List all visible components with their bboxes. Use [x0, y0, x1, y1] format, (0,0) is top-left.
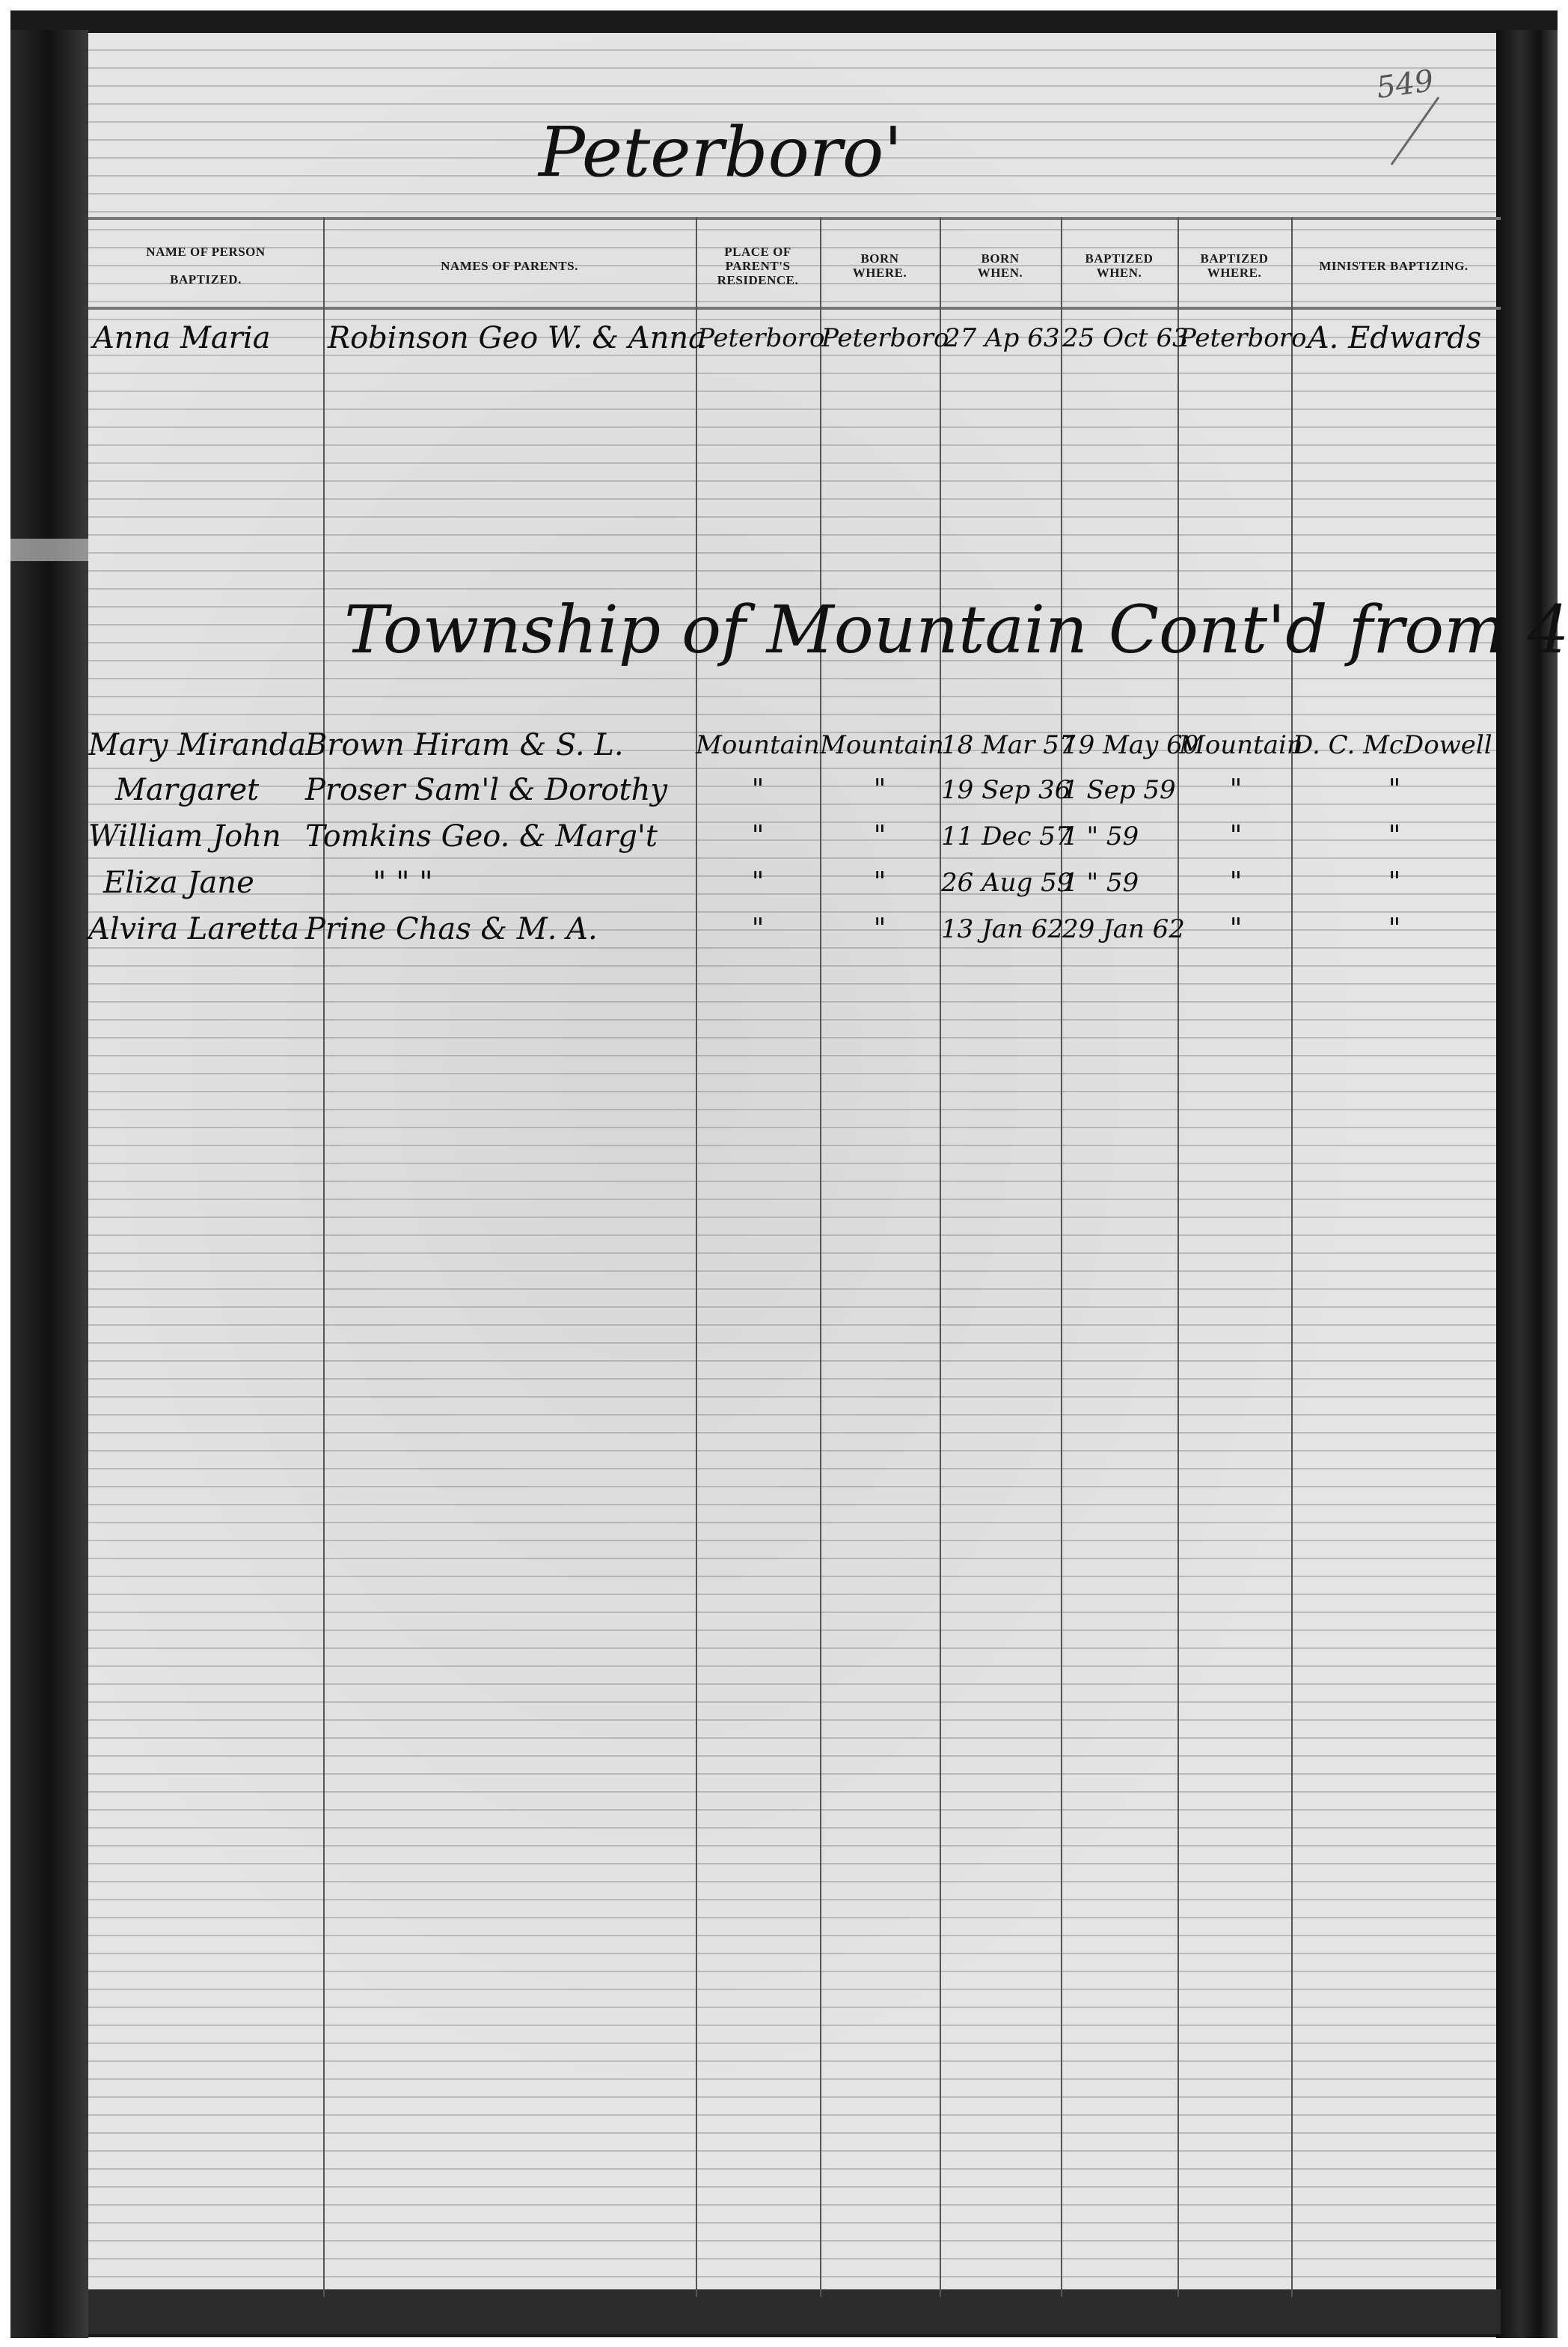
- header-text: NAMES OF PARENTS.: [441, 259, 578, 273]
- header-text: PLACE OF: [724, 245, 791, 259]
- baptized-when: 1 " 59: [1062, 860, 1179, 899]
- header-top-rule: [88, 217, 1501, 220]
- parents-residence: ": [696, 768, 820, 807]
- parents-names: " " ": [373, 860, 687, 899]
- header-text: WHEN.: [1097, 266, 1142, 280]
- register-entry: Margaret Proser Sam'l & Dorothy " " 19 S…: [88, 768, 1501, 807]
- baptized-where: ": [1179, 907, 1293, 946]
- person-name: Anna Maria: [93, 316, 323, 355]
- header-born-when: BORN WHEN.: [940, 224, 1061, 307]
- column-divider: [820, 217, 821, 2297]
- header-text: PARENT'S: [726, 259, 791, 273]
- column-divider: [323, 217, 325, 2297]
- header-text: WHERE.: [853, 266, 907, 280]
- header-text: BORN: [981, 251, 1019, 266]
- header-place-of-residence: PLACE OF PARENT'S RESIDENCE.: [696, 224, 820, 307]
- column-divider: [1177, 217, 1179, 2297]
- minister: ": [1293, 860, 1496, 899]
- header-text: WHEN.: [978, 266, 1023, 280]
- born-where: ": [820, 768, 940, 807]
- born-where: Mountain: [820, 723, 940, 762]
- born-when: 11 Dec 57: [941, 814, 1061, 853]
- born-when: 26 Aug 59: [941, 860, 1061, 899]
- born-where: ": [820, 814, 940, 853]
- parents-names: Proser Sam'l & Dorothy: [305, 768, 676, 807]
- baptized-where: ": [1179, 814, 1293, 853]
- header-name-of-person: NAME OF PERSON BAPTIZED.: [88, 224, 323, 307]
- header-bottom-rule: [88, 307, 1501, 310]
- minister: ": [1293, 814, 1496, 853]
- born-when: 13 Jan 62: [941, 907, 1061, 946]
- spine-band: [10, 539, 88, 561]
- register-entry: Anna Maria Robinson Geo W. & Anna Peterb…: [88, 316, 1501, 355]
- header-born-where: BORN WHERE.: [820, 224, 940, 307]
- person-name: Mary Miranda: [88, 723, 323, 762]
- person-name: Margaret: [115, 768, 325, 807]
- parents-residence: ": [696, 860, 820, 899]
- register-entry: Mary Miranda Brown Hiram & S. L. Mountai…: [88, 723, 1501, 762]
- parents-names: Prine Chas & M. A.: [305, 907, 676, 946]
- register-entry: Alvira Laretta Prine Chas & M. A. " " 13…: [88, 907, 1501, 946]
- register-page: [88, 33, 1501, 2304]
- header-text: BAPTIZED: [1085, 251, 1154, 266]
- baptized-when: 1 " 59: [1062, 814, 1179, 853]
- header-baptized-when: BAPTIZED WHEN.: [1061, 224, 1177, 307]
- baptized-when: 29 Jan 62: [1062, 907, 1179, 946]
- column-divider: [940, 217, 941, 2297]
- baptized-where: Peterboro: [1179, 316, 1293, 355]
- parents-names: Brown Hiram & S. L.: [305, 723, 676, 762]
- parents-names: Robinson Geo W. & Anna: [328, 316, 698, 355]
- header-names-of-parents: NAMES OF PARENTS.: [323, 224, 696, 307]
- born-when: 27 Ap 63: [944, 316, 1064, 355]
- book-edge-right: [1496, 30, 1558, 2338]
- header-baptized-where: BAPTIZED WHERE.: [1177, 224, 1291, 307]
- baptized-when: 25 Oct 63: [1062, 316, 1179, 355]
- parents-residence: Mountain: [696, 723, 820, 762]
- column-divider: [696, 217, 697, 2297]
- header-minister-baptizing: MINISTER BAPTIZING.: [1291, 224, 1496, 307]
- parents-names: Tomkins Geo. & Marg't: [305, 814, 676, 853]
- born-where: Peterboro: [821, 316, 941, 355]
- register-entry: William John Tomkins Geo. & Marg't " " 1…: [88, 814, 1501, 853]
- born-when: 19 Sep 36: [941, 768, 1061, 807]
- header-text: BAPTIZED: [1201, 251, 1269, 266]
- person-name: William John: [88, 814, 323, 853]
- section-title-peterboro: Peterboro': [539, 112, 903, 192]
- baptized-where: Mountain: [1179, 723, 1293, 762]
- section-title-mountain: Township of Mountain Cont'd from 482: [344, 591, 1568, 668]
- baptized-where: ": [1179, 768, 1293, 807]
- header-text: MINISTER BAPTIZING.: [1319, 259, 1468, 273]
- parents-residence: ": [696, 814, 820, 853]
- header-text: WHERE.: [1207, 266, 1261, 280]
- parents-residence: ": [696, 907, 820, 946]
- baptized-when: 1 Sep 59: [1062, 768, 1179, 807]
- minister: A. Edwards: [1293, 316, 1496, 355]
- header-text: NAME OF PERSON: [146, 245, 265, 259]
- register-entry: Eliza Jane " " " " " 26 Aug 59 1 " 59 " …: [88, 860, 1501, 899]
- born-where: ": [820, 907, 940, 946]
- minister: ": [1293, 768, 1496, 807]
- column-divider: [1291, 217, 1293, 2297]
- header-text: BAPTIZED.: [170, 272, 242, 287]
- person-name: Eliza Jane: [103, 860, 323, 899]
- header-text: BORN: [860, 251, 898, 266]
- born-where: ": [820, 860, 940, 899]
- baptized-where: ": [1179, 860, 1293, 899]
- minister: D. C. McDowell: [1293, 723, 1496, 762]
- parents-residence: Peterboro': [697, 316, 821, 355]
- bottom-shadow: [88, 2289, 1501, 2334]
- born-when: 18 Mar 57: [941, 723, 1061, 762]
- person-name: Alvira Laretta: [88, 907, 323, 946]
- header-text: RESIDENCE.: [717, 273, 798, 287]
- book-spine-left: [10, 30, 88, 2338]
- minister: ": [1293, 907, 1496, 946]
- column-divider: [1061, 217, 1062, 2297]
- baptized-when: 19 May 60: [1062, 723, 1179, 762]
